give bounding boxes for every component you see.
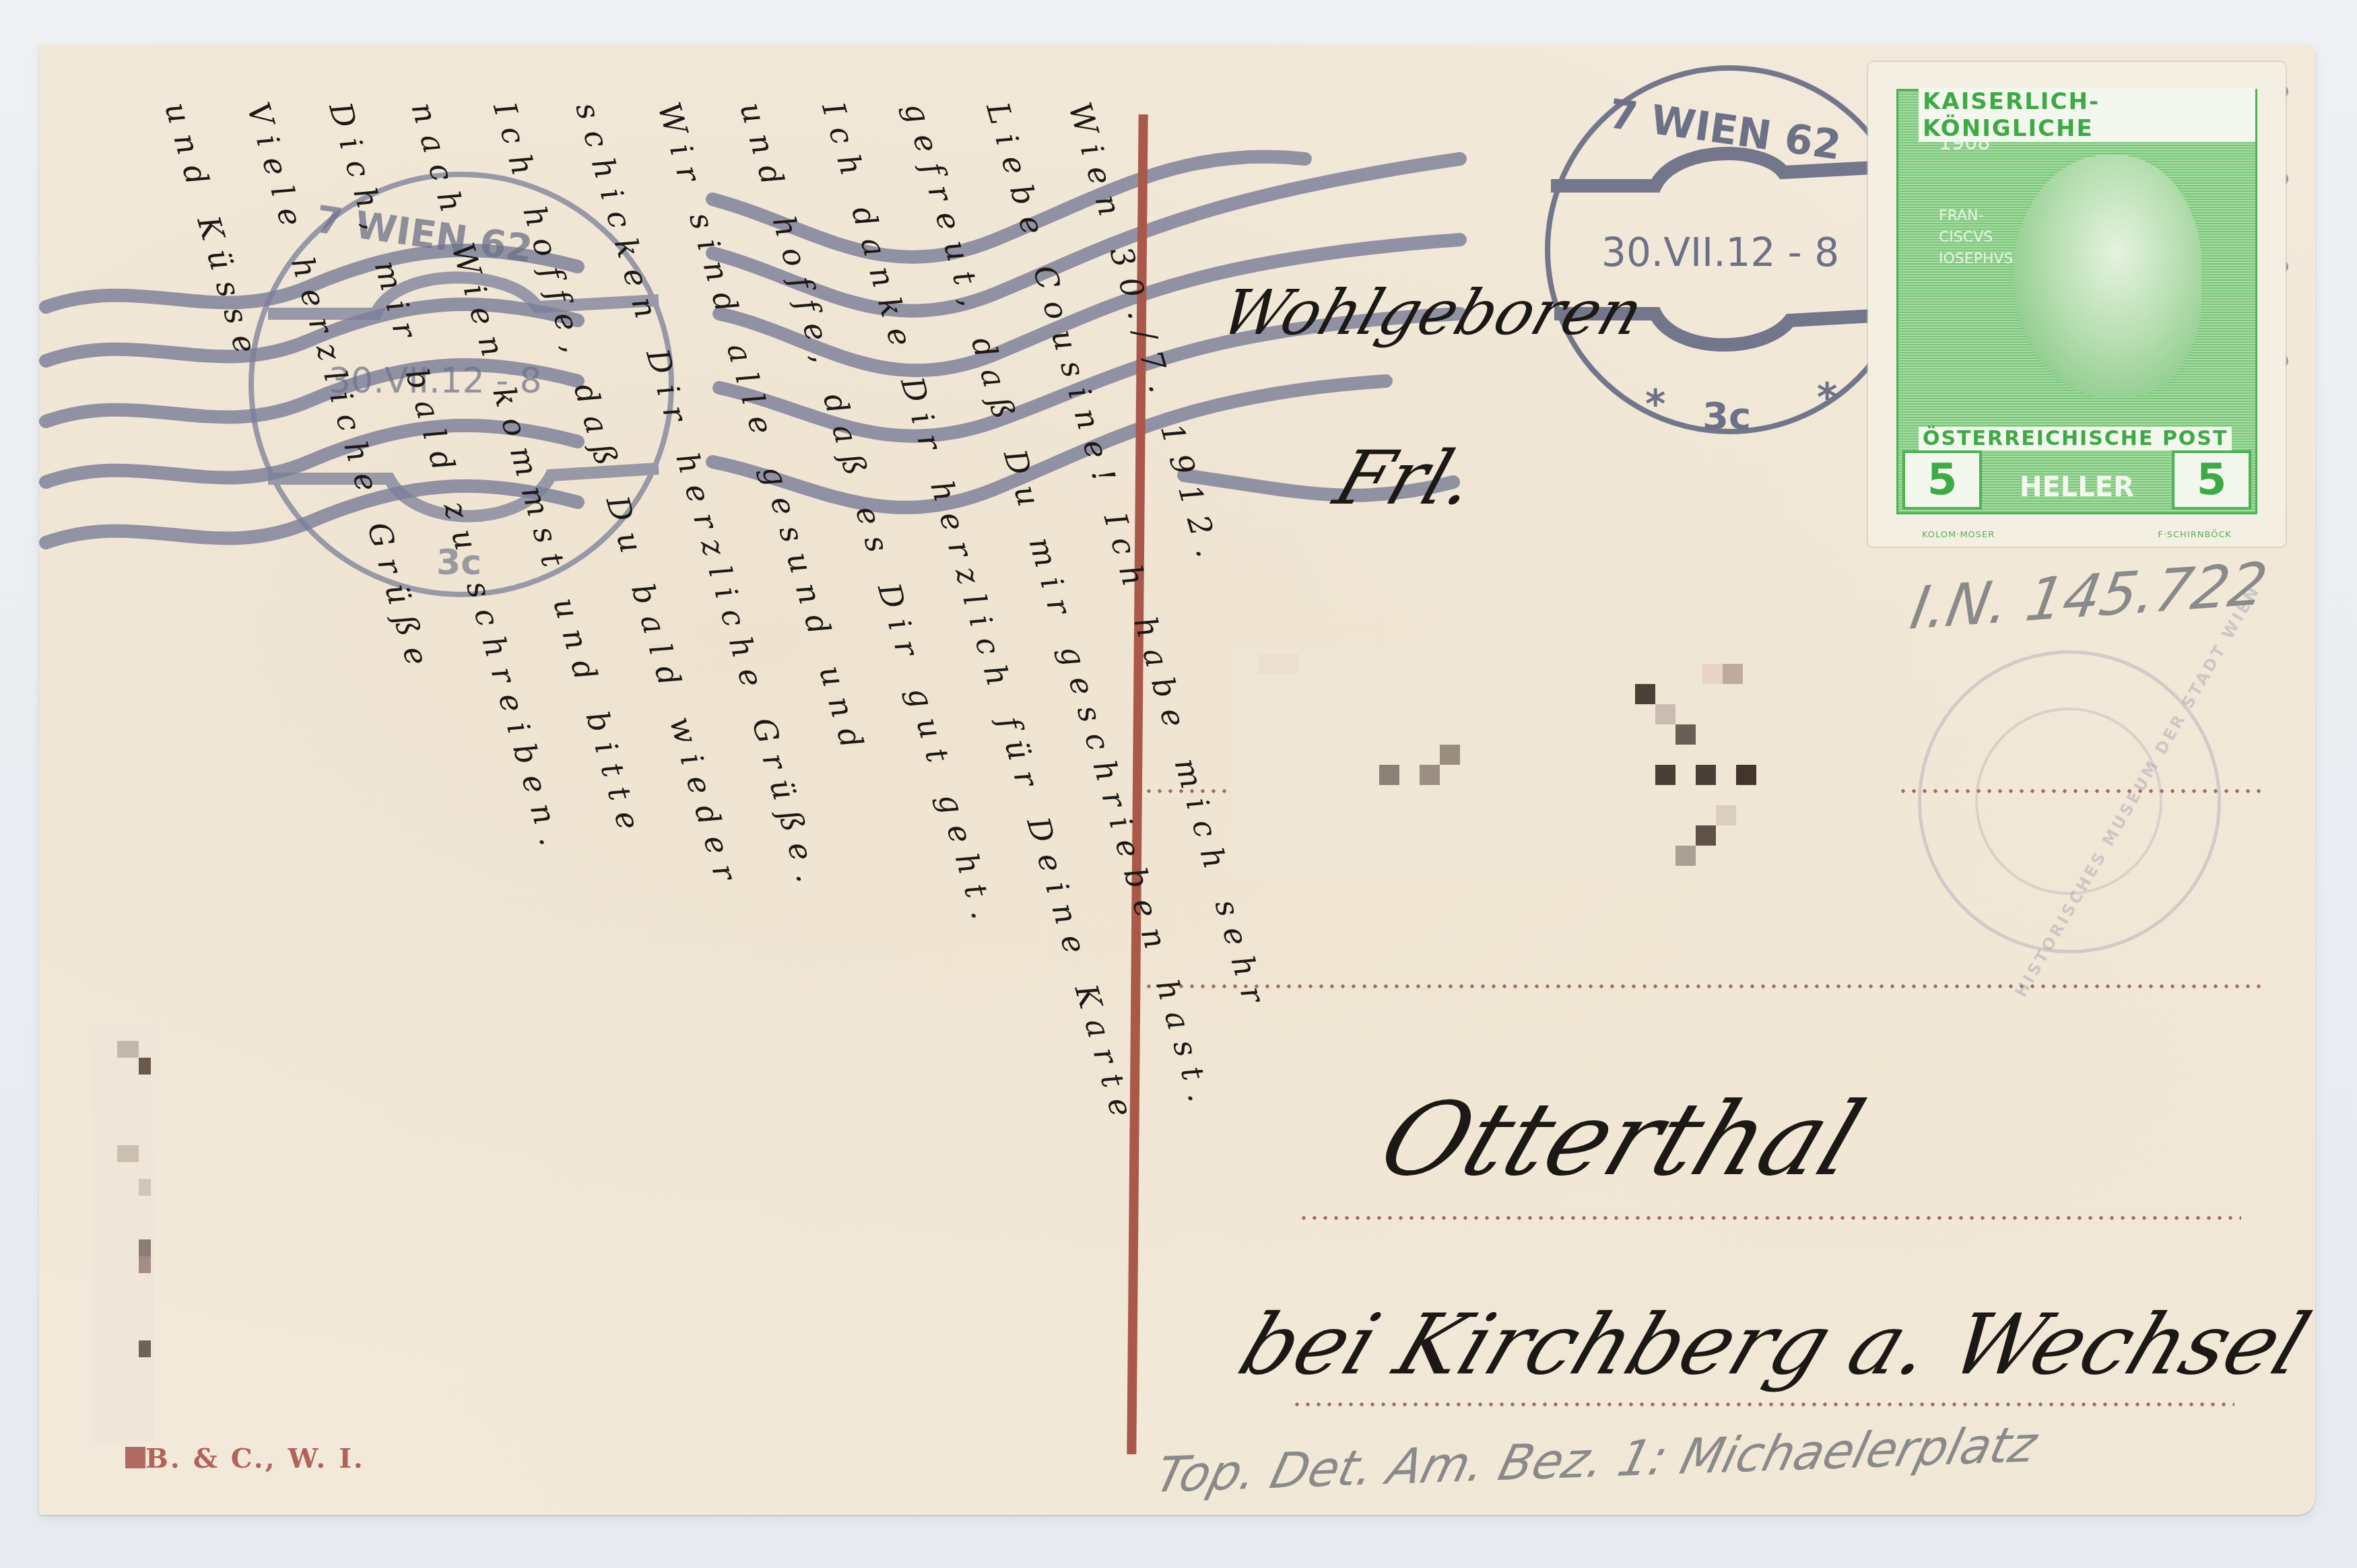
address-line-2 <box>1143 984 2261 988</box>
stamp-designer: KOLOM·MOSER <box>1922 530 1995 540</box>
postmark-right-code: 3c <box>1702 395 1751 438</box>
postmark-right-star-right: * <box>1817 374 1837 420</box>
stamp-portrait-emperor <box>2013 155 2201 397</box>
stamp-value-left: 5 <box>1902 450 1982 510</box>
postage-stamp: 1908 FRAN- CISCVS IOSEPHVS KAISERLICH-KÖ… <box>1868 62 2286 547</box>
address-region: bei Kirchberg a. Wechsel <box>1227 1297 2315 1394</box>
address-place: Otterthal <box>1364 1081 1878 1198</box>
stamp-name: FRAN- CISCVS IOSEPHVS <box>1939 205 2014 270</box>
postmark-right-star-left: * <box>1645 381 1665 427</box>
museum-stamp: HISTORISCHES MUSEUM DER STADT WIEN <box>1918 650 2221 953</box>
publisher-mark-square <box>125 1447 145 1468</box>
postcard: 7 WIEN 62 30.VII.12 - 8 3c * * 7 WIEN 62… <box>39 44 2315 1515</box>
stamp-frame: 1908 FRAN- CISCVS IOSEPHVS KAISERLICH-KÖ… <box>1896 89 2257 514</box>
address-salutation: Wohlgeboren <box>1213 277 1652 349</box>
stamp-value-right: 5 <box>2172 450 2251 510</box>
redacted-recipient-name <box>1231 654 1898 876</box>
publisher-imprint: B. & C., W. I. <box>145 1443 365 1474</box>
stamp-engraver: F·SCHIRNBÖCK <box>2158 530 2232 540</box>
stamp-denomination: HELLER <box>1999 472 2154 503</box>
postmark-right-date: 30.VII.12 - 8 <box>1601 230 1839 275</box>
address-title: Frl. <box>1325 435 1487 521</box>
redacted-left-signature <box>93 1024 154 1441</box>
address-line-4 <box>1292 1402 2234 1406</box>
stamp-country-bottom: ÖSTERREICHISCHE POST <box>1919 427 2232 450</box>
stamp-country-top: KAISERLICH-KÖNIGLICHE <box>1919 88 2255 142</box>
address-line-3 <box>1298 1216 2241 1220</box>
